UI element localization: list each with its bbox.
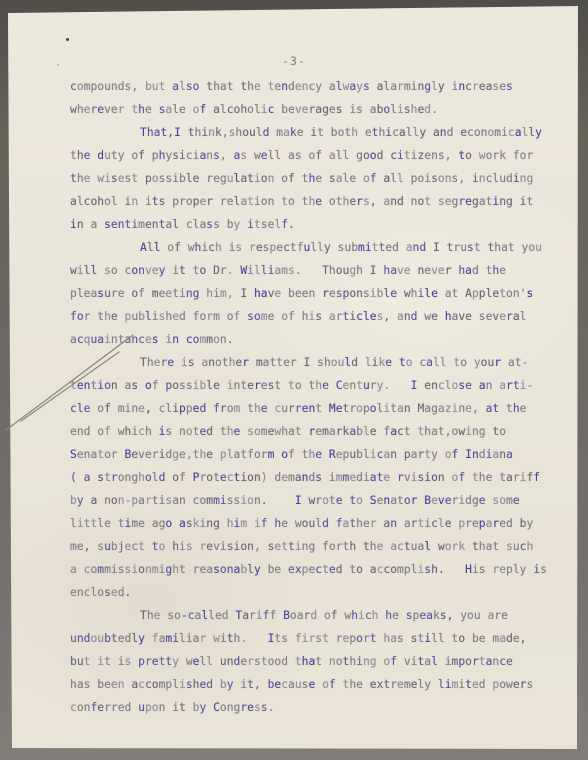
typed-line: cle of mine, clipped from the current Me… xyxy=(70,397,578,420)
typed-line: tention as of possible interest to the C… xyxy=(70,374,578,397)
typed-line: a commissionmight reasonably be expected… xyxy=(70,558,578,581)
photo-mat-background: -3- compounds, but also that the tendenc… xyxy=(0,0,588,760)
typed-line: will so convey it to Dr. Williams. Thoug… xyxy=(70,259,578,282)
paper-speck xyxy=(57,64,59,66)
typed-line: conferred upon it by Congress. xyxy=(70,696,578,719)
typed-line: There is another matter I should like to… xyxy=(70,351,578,374)
typed-line: me, subject to his revision, setting for… xyxy=(70,535,578,558)
letter-page: -3- compounds, but also that the tendenc… xyxy=(0,0,588,760)
typed-line: little time ago asking him if he would f… xyxy=(70,512,578,535)
typed-line: wherever the sale of alcoholic beverages… xyxy=(70,98,578,121)
typed-line: end of which is noted the somewhat remar… xyxy=(70,420,578,443)
typed-line: the wisest possible regulation of the sa… xyxy=(70,167,578,190)
typed-line: That,I think,should make it both ethical… xyxy=(70,121,578,144)
typed-line: acquaintances in common. xyxy=(70,328,578,351)
typed-line: but it is pretty well understood that no… xyxy=(70,650,578,673)
typed-line: Senator Beveridge,the platform of the Re… xyxy=(70,443,578,466)
paper-speck xyxy=(66,38,69,41)
typed-line: pleasure of meeting him, I have been res… xyxy=(70,282,578,305)
typed-line: alcohol in its proper relation to the ot… xyxy=(70,190,578,213)
typed-text-body: compounds, but also that the tendency al… xyxy=(70,75,578,719)
typed-line: has been accomplished by it, because of … xyxy=(70,673,578,696)
typed-line: The so-called Tariff Board of which he s… xyxy=(70,604,578,627)
typed-line: the duty of physicians, as well as of al… xyxy=(70,144,578,167)
typed-line: in a sentimental class by itself. xyxy=(70,213,578,236)
typed-line: by a non-partisan commission. I wrote to… xyxy=(70,489,578,512)
typed-line: compounds, but also that the tendency al… xyxy=(70,75,578,98)
typed-line: enclosed. xyxy=(70,581,578,604)
page-number: -3- xyxy=(0,54,588,68)
typed-line: for the published form of some of his ar… xyxy=(70,305,578,328)
typed-line: ( a stronghold of Protection) demands im… xyxy=(70,466,578,489)
typed-line: undoubtedly familiar with. Its first rep… xyxy=(70,627,578,650)
typed-line: All of which is respectfully submitted a… xyxy=(70,236,578,259)
